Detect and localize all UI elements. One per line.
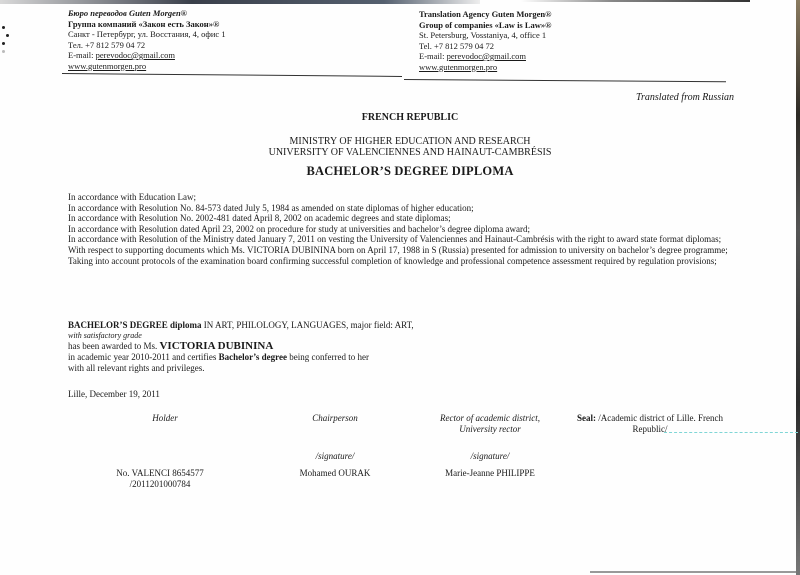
ministry-name: MINISTRY OF HIGHER EDUCATION AND RESEARC… <box>0 136 800 147</box>
holder-title: Holder <box>135 413 195 424</box>
seal-text: /Academic district of Lille. French <box>596 413 723 423</box>
address-en: St. Petersburg, Vosstaniya, 4, office 1 <box>419 30 552 41</box>
rector-label-1: Rector of academic district, <box>420 413 560 424</box>
letterhead-russian: Бюро переводов Guten Morgen® Группа комп… <box>68 8 226 71</box>
letterhead-divider <box>404 79 726 82</box>
agency-name-en: Translation Agency Guten Morgen® <box>419 9 552 20</box>
degree-conferred: Bachelor’s degree <box>219 352 287 362</box>
awarded-line: has been awarded to Ms. VICTORIA DUBININ… <box>68 341 748 352</box>
university-name: UNIVERSITY OF VALENCIENNES AND HAINAUT-C… <box>0 147 800 158</box>
website-link[interactable]: www.gutenmorgen.pro <box>68 61 226 72</box>
group-name-en: Group of companies «Law is Law»® <box>419 20 552 31</box>
preamble-item: In accordance with Education Law; <box>68 192 748 203</box>
country-heading: FRENCH REPUBLIC <box>0 112 800 123</box>
email-link[interactable]: perevodoc@gmail.com <box>96 50 175 60</box>
document-title: BACHELOR’S DEGREE DIPLOMA <box>0 164 800 179</box>
holder-name: VICTORIA DUBININA <box>159 340 273 352</box>
email-line-en: E-mail: perevodoc@gmail.com <box>419 51 552 62</box>
letterhead-divider <box>62 73 402 77</box>
email-label: E-mail: <box>419 51 447 61</box>
award-statement: BACHELOR’S DEGREE diploma IN ART, PHILOL… <box>68 320 748 374</box>
letterhead-english: Translation Agency Guten Morgen® Group o… <box>419 9 552 72</box>
signature-mark: /signature/ <box>471 451 510 461</box>
seal-label: Seal: <box>577 413 596 423</box>
degree-line: BACHELOR’S DEGREE diploma IN ART, PHILOL… <box>68 320 748 331</box>
scan-shadow <box>520 0 750 2</box>
preamble-item: In accordance with Resolution dated Apri… <box>68 224 748 235</box>
scan-shadow <box>0 0 480 4</box>
chair-name: Mohamed OURAK <box>290 468 380 479</box>
preamble-item: In accordance with Resolution No. 2002-4… <box>68 213 748 224</box>
chair-signature: /signature/ <box>300 451 370 462</box>
preamble-item: Taking into account protocols of the exa… <box>68 256 748 267</box>
preamble-item: In accordance with Resolution No. 84-573… <box>68 203 748 214</box>
email-label: E-mail: <box>68 50 96 60</box>
year-line: in academic year 2010-2011 and certifies… <box>68 352 748 363</box>
phone-en: Tel. +7 812 579 04 72 <box>419 41 552 52</box>
diploma-number-1: No. VALENCI 8654577 <box>100 468 220 479</box>
diploma-number: No. VALENCI 8654577 /2011201000784 <box>100 468 220 489</box>
rector-name: Marie-Jeanne PHILIPPE <box>430 468 550 479</box>
highlighter-line <box>664 432 798 433</box>
holder-label: Holder <box>152 413 178 423</box>
preamble-item: With respect to supporting documents whi… <box>68 245 748 256</box>
scan-edge <box>590 571 796 573</box>
address-ru: Санкт - Петербург, ул. Восстания, 4, офи… <box>68 29 226 40</box>
signature-mark: /signature/ <box>316 451 355 461</box>
binder-holes <box>2 26 10 58</box>
phone-ru: Тел. +7 812 579 04 72 <box>68 40 226 51</box>
email-line-ru: E-mail: perevodoc@gmail.com <box>68 50 226 61</box>
translation-note: Translated from Russian <box>636 92 734 103</box>
seal-note: Seal: /Academic district of Lille. Frenc… <box>570 413 730 434</box>
group-name-ru: Группа компаний «Закон есть Закон»® <box>68 19 226 30</box>
agency-name-ru: Бюро переводов Guten Morgen® <box>68 8 226 19</box>
institution-heading: MINISTRY OF HIGHER EDUCATION AND RESEARC… <box>0 136 800 158</box>
degree-type: BACHELOR’S DEGREE diploma <box>68 320 202 330</box>
awarded-prefix: has been awarded to Ms. <box>68 341 159 351</box>
place-date: Lille, December 19, 2011 <box>68 389 160 399</box>
website-link[interactable]: www.gutenmorgen.pro <box>419 62 552 73</box>
rights-line: with all relevant rights and privileges. <box>68 363 748 374</box>
rector-label-2: University rector <box>420 424 560 435</box>
scan-edge <box>796 0 800 575</box>
scanned-diploma-page: Бюро переводов Guten Morgen® Группа комп… <box>0 0 800 575</box>
seal-line-1: Seal: /Academic district of Lille. Frenc… <box>570 413 730 424</box>
email-link[interactable]: perevodoc@gmail.com <box>447 51 526 61</box>
preamble: In accordance with Education Law; In acc… <box>68 192 748 266</box>
year-suffix: being conferred to her <box>287 352 369 362</box>
rector-signature: /signature/ <box>440 451 540 462</box>
diploma-number-2: /2011201000784 <box>100 479 220 490</box>
year-prefix: in academic year 2010-2011 and certifies <box>68 352 219 362</box>
preamble-item: In accordance with Resolution of the Min… <box>68 234 748 245</box>
chair-title: Chairperson <box>300 413 370 424</box>
degree-field: IN ART, PHILOLOGY, LANGUAGES, major fiel… <box>202 320 414 330</box>
chair-label: Chairperson <box>312 413 358 423</box>
rector-title: Rector of academic district, University … <box>420 413 560 434</box>
